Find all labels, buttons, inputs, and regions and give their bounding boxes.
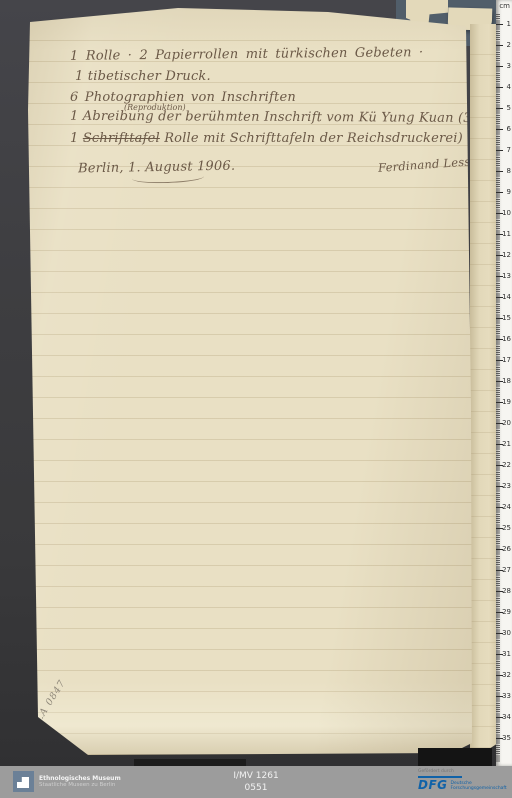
- ruler-cm-mark: 32: [496, 671, 512, 681]
- manuscript-line: 1 Schrifttafel Rolle mit Schrifttafeln d…: [70, 131, 463, 146]
- ruler-cm-mark: 21: [496, 440, 512, 450]
- ruler-cm-mark: 24: [496, 503, 512, 513]
- archive-pencil-note: I.A 0847: [33, 678, 68, 725]
- manuscript-line: 1 Rolle · 2 Papierrollen mit türkischen …: [70, 45, 423, 64]
- item-count: 1: [70, 131, 78, 146]
- ruler-cm-mark: 26: [496, 545, 512, 555]
- manuscript-page: 1 Rolle · 2 Papierrollen mit türkischen …: [28, 6, 472, 756]
- ruler-cm-mark: 34: [496, 713, 512, 723]
- ruler-cm-mark: 5: [496, 104, 512, 114]
- ruler-cm-mark: 7: [496, 146, 512, 156]
- manuscript-line: 1 Abreibung der berühmten Inschrift vom …: [70, 109, 512, 126]
- ruler-cm-mark: 28: [496, 587, 512, 597]
- ruler: cm 1234567891011121314151617181920212223…: [496, 0, 512, 766]
- ruler-cm-mark: 8: [496, 167, 512, 177]
- ruler-cm-mark: 4: [496, 83, 512, 93]
- ruler-unit-label: cm: [499, 2, 510, 10]
- ruler-cm-mark: 19: [496, 398, 512, 408]
- ruler-cm-mark: 13: [496, 272, 512, 282]
- ruler-cm-mark: 29: [496, 608, 512, 618]
- dfg-acronym: DFG: [418, 779, 448, 791]
- ruler-cm-mark: 33: [496, 692, 512, 702]
- ruler-cm-mark: 18: [496, 377, 512, 387]
- ruler-cm-mark: 6: [496, 125, 512, 135]
- line-remainder: Rolle mit Schrifttafeln der Reichsdrucke…: [164, 131, 463, 146]
- ruler-cm-mark: 31: [496, 650, 512, 660]
- scanner-bed-gap: [418, 748, 492, 766]
- ruler-cm-mark: 1: [496, 20, 512, 30]
- funded-by-label: Gefördert durch: [418, 769, 510, 774]
- ruler-cm-mark: 30: [496, 629, 512, 639]
- ruler-cm-mark: 15: [496, 314, 512, 324]
- ruler-cm-mark: 3: [496, 62, 512, 72]
- ruler-cm-mark: 35: [496, 734, 512, 744]
- ruler-cm-mark: 16: [496, 335, 512, 345]
- ruler-cm-mark: 20: [496, 419, 512, 429]
- ruler-cm-mark: 9: [496, 188, 512, 198]
- dfg-full-name: Deutsche Forschungsgemeinschaft: [451, 779, 507, 791]
- dfg-name-line: Forschungsgemeinschaft: [451, 786, 507, 791]
- ruler-cm-mark: 17: [496, 356, 512, 366]
- scanner-bed-gap: [134, 759, 246, 766]
- ruler-cm-mark: 11: [496, 230, 512, 240]
- ruler-cm-mark: 12: [496, 251, 512, 261]
- ruler-cm-mark: 14: [496, 293, 512, 303]
- ruler-cm-mark: 23: [496, 482, 512, 492]
- ruler-cm-mark: 25: [496, 524, 512, 534]
- scanned-document: 1 Rolle · 2 Papierrollen mit türkischen …: [0, 0, 512, 798]
- underlying-page-edge: [470, 24, 497, 754]
- struck-word: Schrifttafel: [83, 131, 160, 146]
- ruler-cm-mark: 22: [496, 461, 512, 471]
- ruler-cm-mark: 27: [496, 566, 512, 576]
- manuscript-line: 1 tibetischer Druck.: [75, 69, 211, 84]
- ruler-cm-mark: 10: [496, 209, 512, 219]
- dfg-logo: Gefördert durch DFG Deutsche Forschungsg…: [418, 769, 510, 791]
- dfg-logo-row: DFG Deutsche Forschungsgemeinschaft: [418, 779, 510, 791]
- footer-bar: Ethnologisches Museum Staatliche Museen …: [0, 766, 512, 798]
- ruler-cm-mark: 2: [496, 41, 512, 51]
